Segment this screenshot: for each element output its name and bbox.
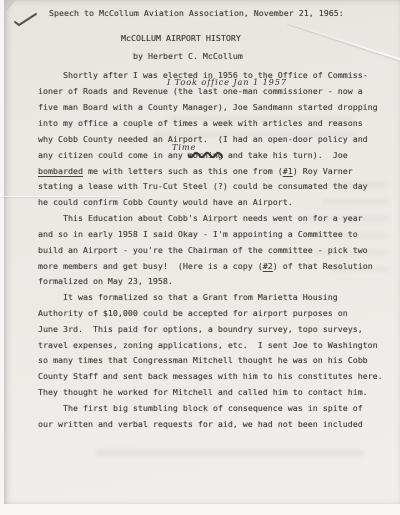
typed-line: bombarded me with letters such as this o…: [38, 166, 353, 177]
typed-line: stating a lease with Tru-Cut Steel (?) c…: [38, 181, 368, 192]
typed-line: our written and verbal requests for aid,…: [38, 419, 363, 430]
line-segment: ) Roy Varner: [293, 166, 353, 176]
line-segment: and take his turn). Joe: [223, 150, 348, 160]
line-segment: any citizen could come in any: [38, 150, 188, 160]
doc-title: McCOLLUM AIRPORT HISTORY: [121, 33, 241, 44]
typed-line: and so in early 1958 I said Okay - I'm a…: [38, 229, 358, 240]
bleed-through-smudge: [322, 199, 388, 204]
header-line: Speech to McCollum Aviation Association,…: [49, 8, 344, 19]
typed-line: formalized on May 23, 1958.: [38, 276, 173, 287]
scanned-document: Speech to McCollum Aviation Association,…: [0, 0, 400, 515]
typed-line: into my office a couple of times a week …: [38, 118, 363, 129]
doc-byline: by Herbert C. McCollum: [133, 51, 243, 62]
typed-line: build an Airport - you're the Chairman o…: [38, 245, 368, 256]
line-segment: me with letters such as this one from (: [83, 166, 283, 176]
typed-line: any citizen could come in any morning an…: [38, 150, 348, 161]
typed-line: Shortly after I was elected in 1956 to t…: [63, 70, 368, 81]
typed-line: travel expenses, zoning applications, et…: [38, 340, 378, 351]
typed-line: They thought he worked for Mitchell and …: [38, 387, 368, 398]
pen-check-mark: [12, 10, 42, 30]
exhibit-ref-2: #2: [263, 261, 273, 271]
underlined-word-bombarded: bombarded: [38, 166, 83, 176]
typed-line: June 3rd. This paid for options, a bound…: [38, 324, 363, 335]
exhibit-ref-1: #1: [283, 166, 293, 176]
typed-line: Authority of $10,000 could be accepted f…: [38, 308, 348, 319]
typed-line: he could confirm Cobb County would have …: [38, 197, 293, 208]
struck-word-morning: morning: [188, 150, 223, 160]
line-segment: more members and get busy! (Here is a co…: [38, 261, 263, 271]
typed-line: ioner of Roads and Revenue (the last one…: [38, 86, 363, 97]
typed-line: why Cobb County needed an Airport. (I ha…: [38, 134, 368, 145]
typed-line: County Staff and sent back messages with…: [38, 371, 383, 382]
typed-line: This Education about Cobb's Airport need…: [63, 213, 363, 224]
typed-line: so many times that Congressman Mitchell …: [38, 355, 368, 366]
bleed-through-smudge: [95, 450, 363, 456]
line-segment: ) of that Resolution: [273, 261, 373, 271]
typed-line: It was formalized so that a Grant from M…: [63, 292, 338, 303]
typed-line: The first big stumbling block of consequ…: [63, 403, 363, 414]
typed-line: more members and get busy! (Here is a co…: [38, 261, 373, 272]
typed-line: five man Board with a County Manager), J…: [38, 102, 378, 113]
